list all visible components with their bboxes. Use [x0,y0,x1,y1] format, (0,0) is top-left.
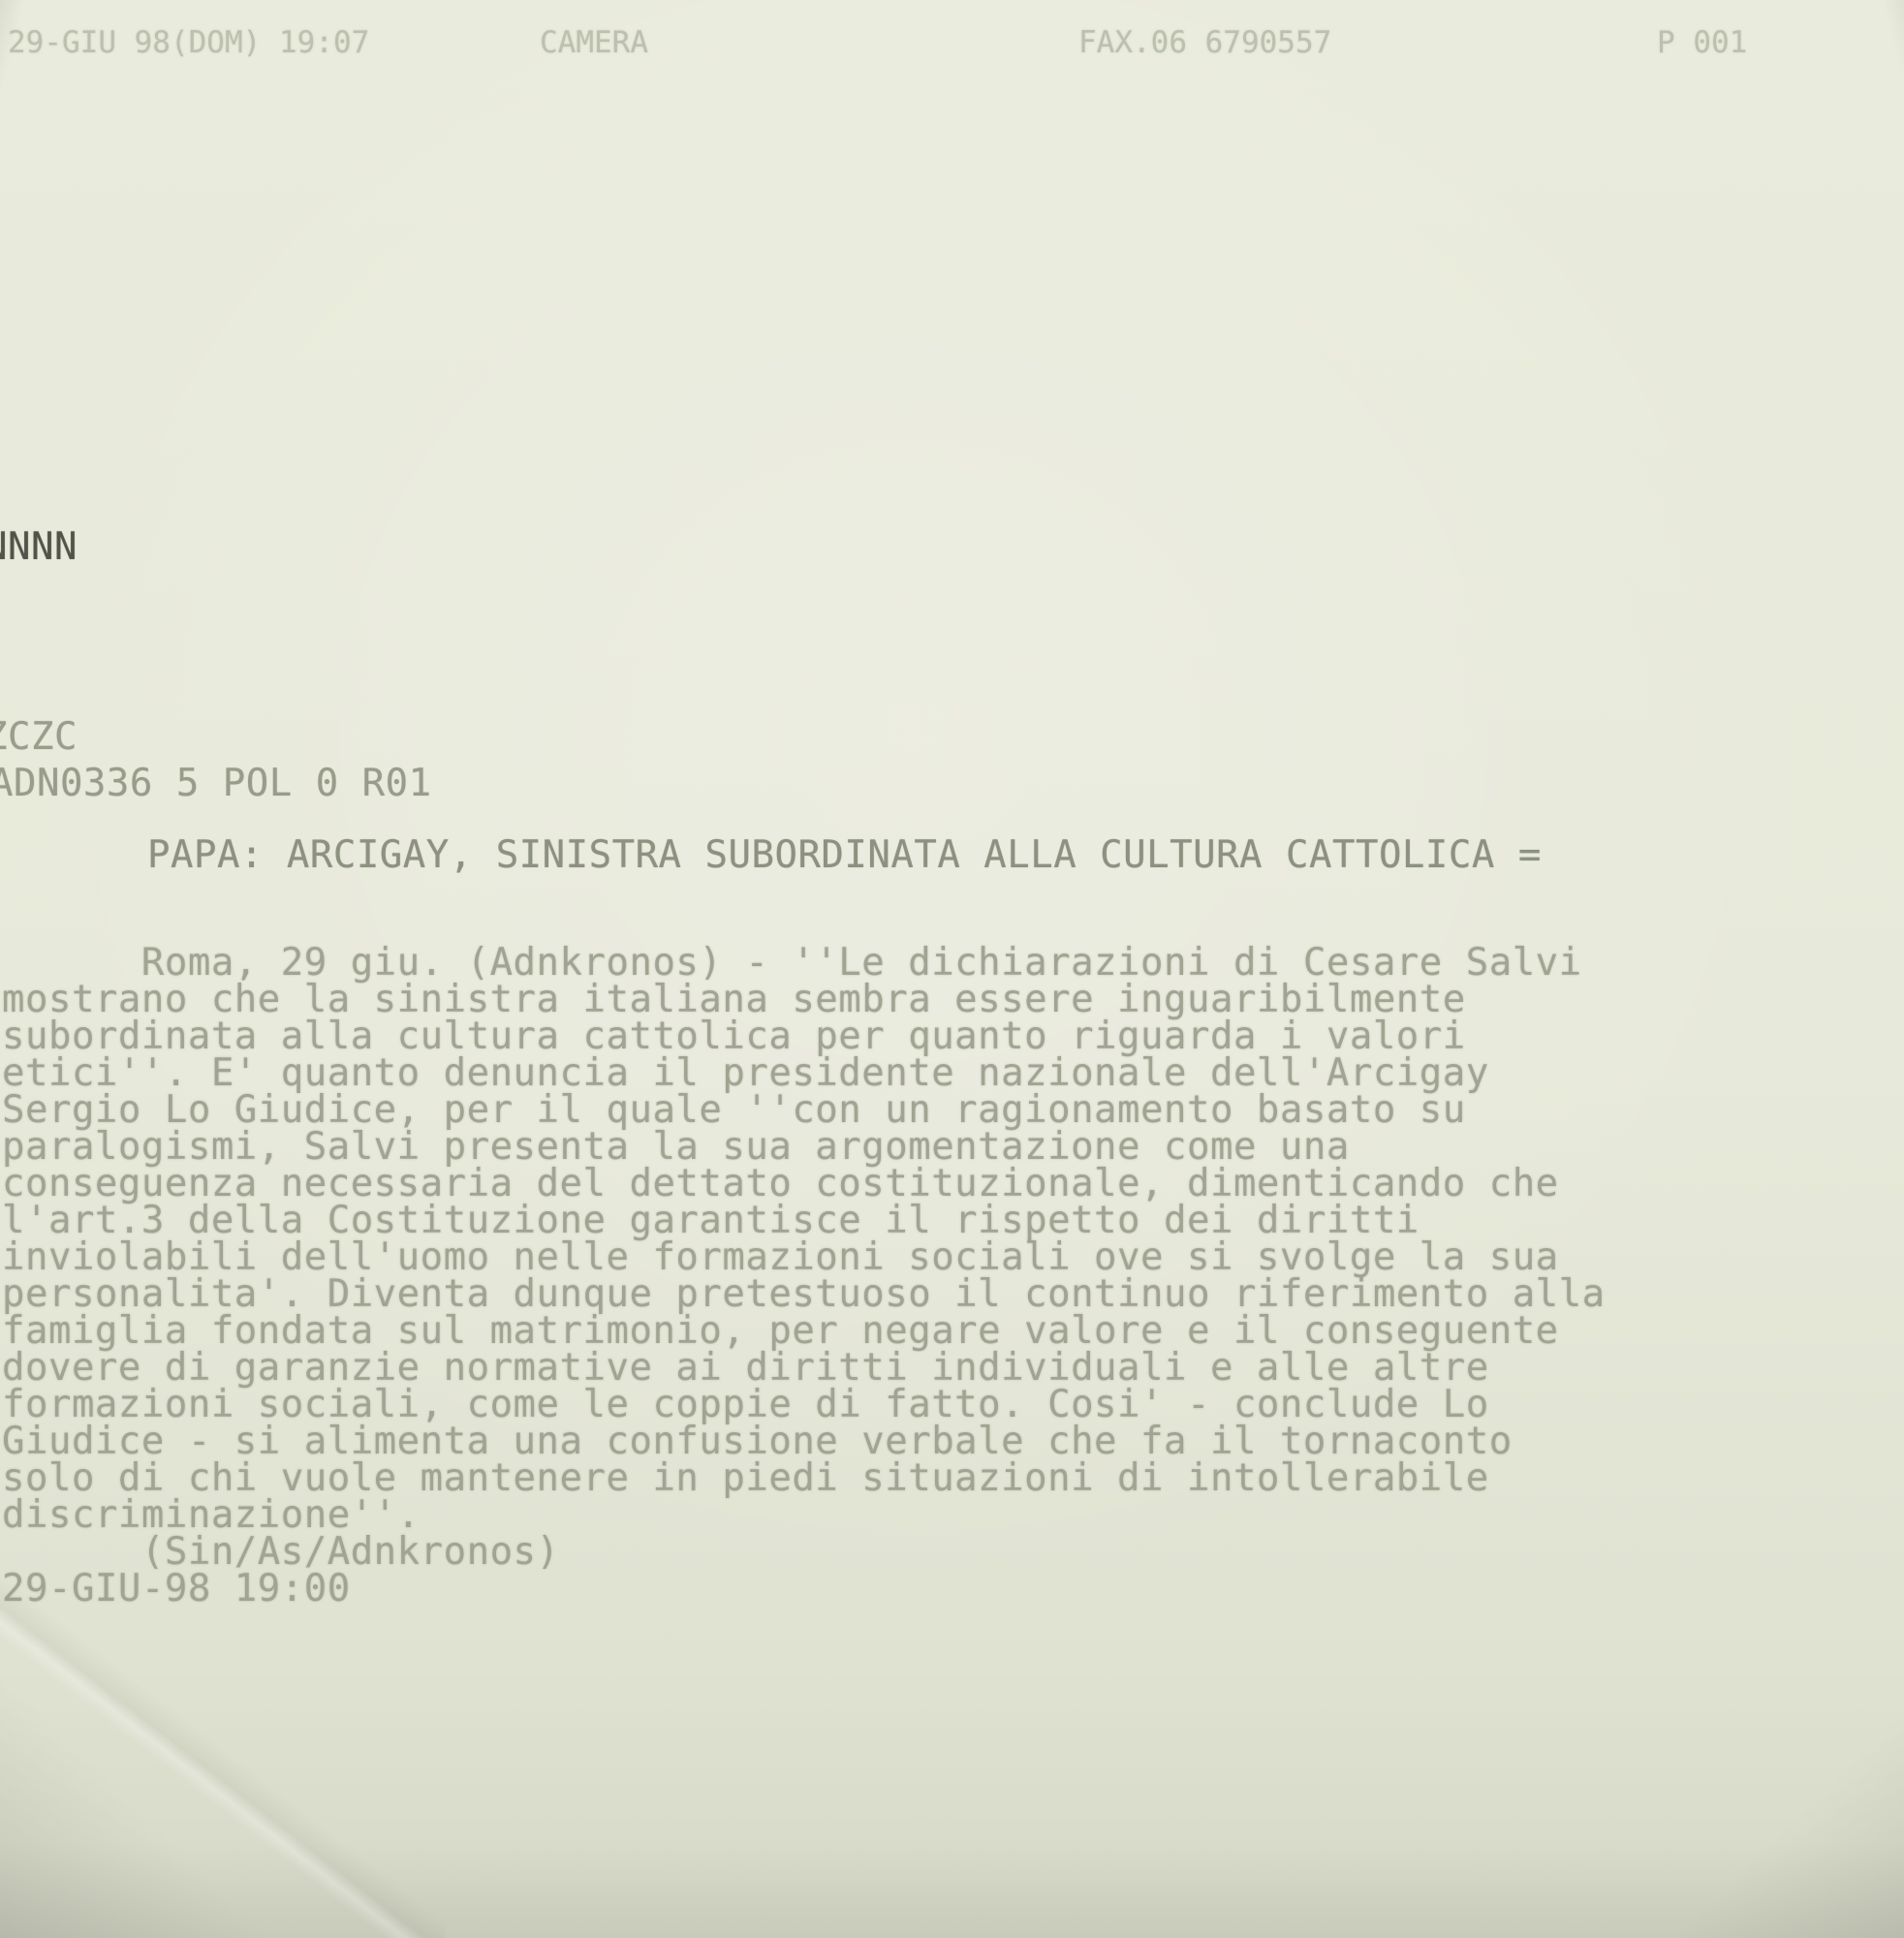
fax-header-page-number: P 001 [1657,25,1747,60]
article-headline: PAPA: ARCIGAY, SINISTRA SUBORDINATA ALLA… [147,837,1542,874]
article-body: Roma, 29 giu. (Adnkronos) - ''Le dichiar… [2,945,1606,1608]
fax-header-datetime: 29-GIU 98(DOM) 19:07 [8,25,369,60]
fax-header-sender: CAMERA [540,25,648,60]
telex-end-marker: NNNN [0,529,78,566]
telex-message-id: ADN0336 5 POL 0 R01 [0,766,432,802]
telex-start-marker: ZCZC [0,719,78,756]
fax-scan-page: 29-GIU 98(DOM) 19:07 CAMERA FAX.06 67905… [0,0,1904,1938]
fax-header-fax-number: FAX.06 6790557 [1078,25,1331,60]
